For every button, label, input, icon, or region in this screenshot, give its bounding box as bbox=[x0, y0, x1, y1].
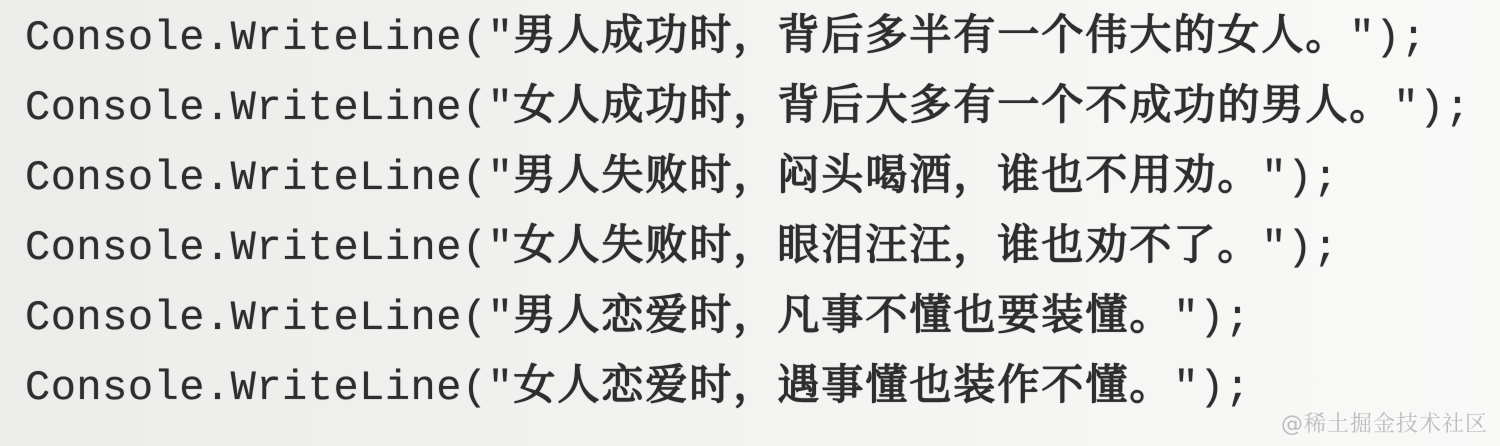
code-line-4-string: 女人失败时，眼泪汪汪，谁也劝不了。 bbox=[513, 220, 1261, 269]
code-line-4-prefix: Console.WriteLine(" bbox=[25, 224, 513, 272]
code-line-6-suffix: "); bbox=[1173, 364, 1250, 412]
code-line-3-suffix: "); bbox=[1261, 154, 1338, 202]
scanned-code-page: Console.WriteLine("男人成功时，背后多半有一个伟大的女人。")… bbox=[0, 0, 1500, 446]
code-line-3: Console.WriteLine("男人失败时，闷头喝酒，谁也不用劝。"); bbox=[25, 140, 1500, 210]
code-line-3-string: 男人失败时，闷头喝酒，谁也不用劝。 bbox=[513, 150, 1261, 199]
code-line-2: Console.WriteLine("女人成功时，背后大多有一个不成功的男人。"… bbox=[25, 70, 1500, 140]
code-line-5-suffix: "); bbox=[1173, 294, 1250, 342]
code-line-2-suffix: "); bbox=[1393, 84, 1470, 132]
code-line-6-string: 女人恋爱时，遇事懂也装作不懂。 bbox=[513, 360, 1173, 409]
watermark: @稀土掘金技术社区 bbox=[1281, 407, 1488, 438]
code-line-3-prefix: Console.WriteLine(" bbox=[25, 154, 513, 202]
code-line-6-prefix: Console.WriteLine(" bbox=[25, 364, 513, 412]
code-line-5: Console.WriteLine("男人恋爱时，凡事不懂也要装懂。"); bbox=[25, 280, 1500, 350]
code-line-2-string: 女人成功时，背后大多有一个不成功的男人。 bbox=[513, 80, 1393, 129]
code-line-1: Console.WriteLine("男人成功时，背后多半有一个伟大的女人。")… bbox=[25, 0, 1500, 70]
code-line-2-prefix: Console.WriteLine(" bbox=[25, 84, 513, 132]
code-line-1-suffix: "); bbox=[1349, 14, 1426, 62]
code-line-5-string: 男人恋爱时，凡事不懂也要装懂。 bbox=[513, 290, 1173, 339]
code-line-5-prefix: Console.WriteLine(" bbox=[25, 294, 513, 342]
code-line-1-prefix: Console.WriteLine(" bbox=[25, 14, 513, 62]
code-line-4-suffix: "); bbox=[1261, 224, 1338, 272]
code-line-1-string: 男人成功时，背后多半有一个伟大的女人。 bbox=[513, 10, 1349, 59]
code-line-6: Console.WriteLine("女人恋爱时，遇事懂也装作不懂。"); bbox=[25, 350, 1500, 420]
code-block: Console.WriteLine("男人成功时，背后多半有一个伟大的女人。")… bbox=[25, 0, 1500, 420]
code-line-4: Console.WriteLine("女人失败时，眼泪汪汪，谁也劝不了。"); bbox=[25, 210, 1500, 280]
